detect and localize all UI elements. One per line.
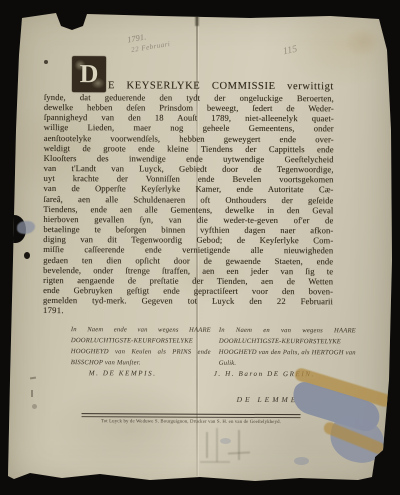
body-line: miſſie caſſeerende ende vernietigende al… xyxy=(43,244,333,255)
attestation-right: In Naem en van wegens HAARE DOORLUCHTIGS… xyxy=(219,325,356,370)
blue-stain xyxy=(220,438,231,444)
proclamation-heading: E KEYSERLYKE COMMISSIE verwittigt xyxy=(108,80,334,93)
body-line: gemelden tyd-merk. Gegeven tot Luyck den… xyxy=(43,295,333,306)
ghost-scribble xyxy=(206,432,208,458)
blue-stain xyxy=(294,457,309,465)
signature-de-lemme: DE LEMME xyxy=(237,395,299,404)
signature-kempis: M. DE KEMPIS. xyxy=(89,369,157,377)
body-line: willige Lieden, maer nog geheele Gemeent… xyxy=(44,122,334,133)
document-paper: D E KEYSERLYKE COMMISSIE verwittigt ſynd… xyxy=(0,0,400,495)
attestation-left: In Naem ende van wegens HAARE DOORLUCHTI… xyxy=(71,324,211,369)
body-line: van de Opperſte Keyſerlyke Kamer, ende A… xyxy=(44,183,334,194)
printer-imprint: Tot Luyck by de Weduwe S. Bourguignon, D… xyxy=(81,419,300,425)
ghost-scribble xyxy=(216,428,218,462)
attestation-block: In Naem ende van wegens HAARE DOORLUCHTI… xyxy=(71,324,356,369)
proclamation-text-block: D E KEYSERLYKE COMMISSIE verwittigt ſynd… xyxy=(43,56,334,317)
ghost-scribble xyxy=(238,430,240,460)
printers-rule xyxy=(82,413,301,418)
photo-stage: D E KEYSERLYKE COMMISSIE verwittigt ſynd… xyxy=(0,0,400,495)
ghost-scribble xyxy=(200,461,230,463)
dateline-year: 1791. xyxy=(43,305,333,317)
proclamation-body: ſynde, dat geduerende den tydt der ongel… xyxy=(43,92,334,307)
ornamental-initial-d: D xyxy=(72,56,106,92)
